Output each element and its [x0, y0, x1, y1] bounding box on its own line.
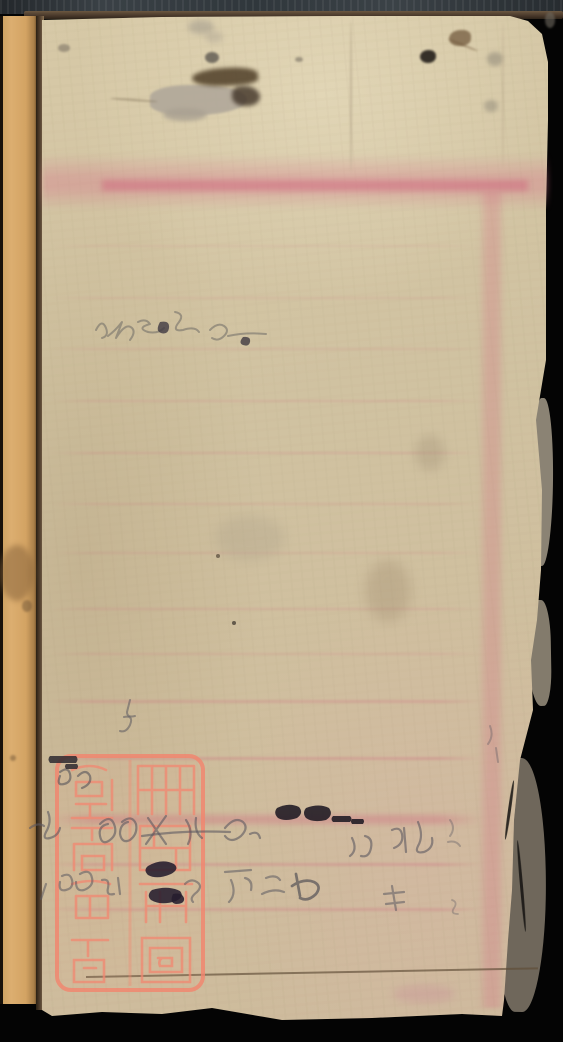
- right-faint-blotch: [415, 435, 445, 471]
- main-row-faint-right: [488, 726, 498, 762]
- mid-brown-blotch: [365, 560, 411, 622]
- main-row: [417, 822, 432, 852]
- vertical-crease-1: [350, 20, 352, 172]
- gray-smudge-right-2: [484, 100, 498, 112]
- lower-row: [41, 884, 46, 899]
- main-row: [392, 828, 406, 852]
- hole-dark-right: [232, 86, 260, 106]
- small-note-above-seal: [120, 717, 131, 732]
- photographed-manuscript-scene: [0, 0, 563, 1042]
- main-row-ink-blobs: [275, 805, 301, 820]
- dark-dashes-top-of-seal: [65, 764, 78, 769]
- left-specks: [58, 44, 70, 52]
- seal-and-handwriting-layer: [0, 0, 563, 1042]
- tiny-specks: [295, 57, 303, 62]
- top-gray-smudge-2: [205, 31, 223, 43]
- mid-speck-2: [216, 554, 220, 558]
- hole-gray-lobe: [163, 108, 207, 121]
- upper-inscription-dots: [241, 337, 251, 346]
- upper-inscription: [96, 322, 134, 340]
- small-note-above-seal: [127, 700, 135, 717]
- gray-smudge-right-1: [487, 52, 503, 66]
- upper-inscription: [175, 312, 199, 332]
- bottom-pink-stain: [393, 985, 455, 1003]
- main-row-ink-blobs: [332, 816, 352, 822]
- upper-inscription: [228, 333, 266, 336]
- main-row-faint-right: [448, 820, 460, 846]
- top-dark-blob: [205, 52, 219, 63]
- main-row-ink-blobs: [351, 819, 364, 824]
- lower-row: [384, 886, 404, 910]
- lower-row: [225, 870, 251, 902]
- lower-row-faint-2: [452, 900, 458, 914]
- lower-row-heavy: [292, 874, 319, 899]
- upper-inscription: [210, 325, 227, 340]
- dark-dashes-top-of-seal: [49, 756, 78, 763]
- main-row: [350, 836, 371, 856]
- main-row: [30, 824, 44, 828]
- corner-mark-top-right: [545, 12, 555, 28]
- upper-inscription-dots: [158, 322, 169, 334]
- vertical-crease-2: [502, 22, 504, 168]
- lower-row: [262, 876, 284, 894]
- black-blob-right: [420, 50, 436, 63]
- left-strip-dot: [22, 600, 32, 612]
- mid-gray-wash: [215, 515, 285, 561]
- main-row: [225, 820, 260, 840]
- mid-speck-1: [232, 621, 236, 625]
- left-strip-stain: [0, 545, 34, 601]
- left-strip-speck: [10, 755, 16, 761]
- main-row-ink-blobs: [304, 806, 331, 822]
